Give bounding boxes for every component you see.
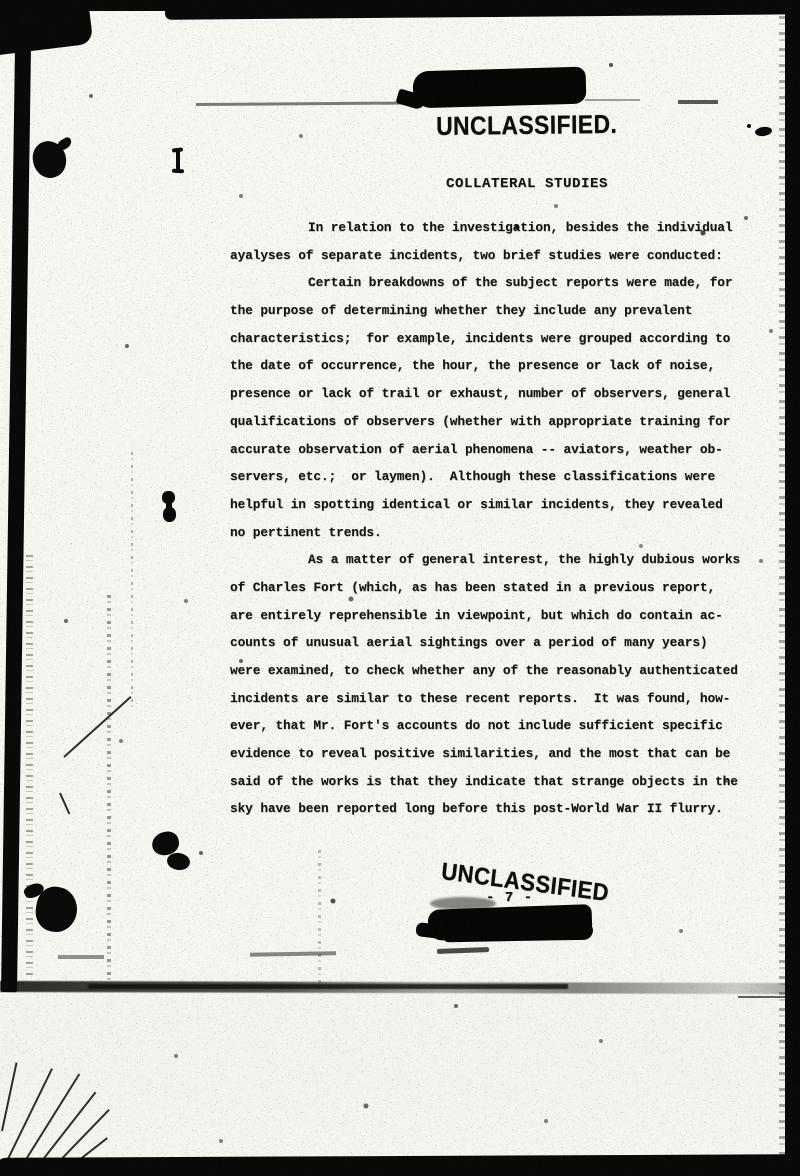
body-line: ayalyses of separate incidents, two brie… xyxy=(230,242,775,270)
body-line: incidents are similar to these recent re… xyxy=(230,685,775,713)
body-line: no pertinent trends. xyxy=(230,519,775,547)
body-line: As a matter of general interest, the hig… xyxy=(230,546,775,574)
redaction-bar-bottom-smudge xyxy=(415,922,450,940)
ink-smear xyxy=(437,947,489,954)
ink-smear xyxy=(678,100,718,104)
scratch-mark xyxy=(59,793,70,815)
scratch-mark xyxy=(1,1062,18,1131)
scan-edge-left-fray xyxy=(26,555,33,975)
bracket-mark xyxy=(172,169,184,174)
ink-blot xyxy=(166,851,191,871)
body-line: evidence to reveal positive similarities… xyxy=(230,740,775,768)
scan-edge-top xyxy=(165,0,800,20)
body-line: sky have been reported long before this … xyxy=(230,795,775,823)
paper-crease xyxy=(107,595,111,987)
sheet-edge xyxy=(88,984,568,989)
scan-edge-right xyxy=(785,0,800,1176)
body-line: are entirely reprehensible in viewpoint,… xyxy=(230,602,775,630)
ink-blot xyxy=(747,124,751,128)
body-line: ever, that Mr. Fort's accounts do not in… xyxy=(230,712,775,740)
scan-edge-bottom xyxy=(0,1154,800,1176)
ink-smear xyxy=(58,955,104,959)
body-line: presence or lack of trail or exhaust, nu… xyxy=(230,380,775,408)
body-line: servers, etc.; or laymen). Although thes… xyxy=(230,463,775,491)
body-line: the date of occurrence, the hour, the pr… xyxy=(230,352,775,380)
body-line: counts of unusual aerial sightings over … xyxy=(230,629,775,657)
body-line: were examined, to check whether any of t… xyxy=(230,657,775,685)
classification-stamp-top: UNCLASSIFIED. xyxy=(436,109,617,142)
body-line: characteristics; for example, incidents … xyxy=(230,325,775,353)
ink-blot xyxy=(56,136,74,152)
scratch-mark xyxy=(63,696,131,758)
ink-blot xyxy=(754,126,772,137)
document-heading: COLLATERAL STUDIES xyxy=(446,176,608,192)
body-line: In relation to the investigation, beside… xyxy=(230,214,775,242)
document-body: In relation to the investigation, beside… xyxy=(230,214,775,823)
body-line: helpful in spotting identical or similar… xyxy=(230,491,775,519)
redaction-bar-bottom xyxy=(443,923,593,943)
redaction-bar-top xyxy=(413,67,587,109)
scanned-document-page: UNCLASSIFIED. COLLATERAL STUDIES In rela… xyxy=(0,0,800,1176)
bracket-mark xyxy=(172,147,183,152)
ink-smear xyxy=(585,99,640,101)
body-line: qualifications of observers (whether wit… xyxy=(230,408,775,436)
body-line: accurate observation of aerial phenomena… xyxy=(230,436,775,464)
body-line: of Charles Fort (which, as has been stat… xyxy=(230,574,775,602)
ink-smear xyxy=(250,951,336,957)
paper-crease xyxy=(318,850,321,988)
body-line: Certain breakdowns of the subject report… xyxy=(230,269,775,297)
staple-mark xyxy=(166,497,172,512)
body-line: said of the works is that they indicate … xyxy=(230,768,775,796)
body-line: the purpose of determining whether they … xyxy=(230,297,775,325)
paper-crease xyxy=(131,452,133,707)
